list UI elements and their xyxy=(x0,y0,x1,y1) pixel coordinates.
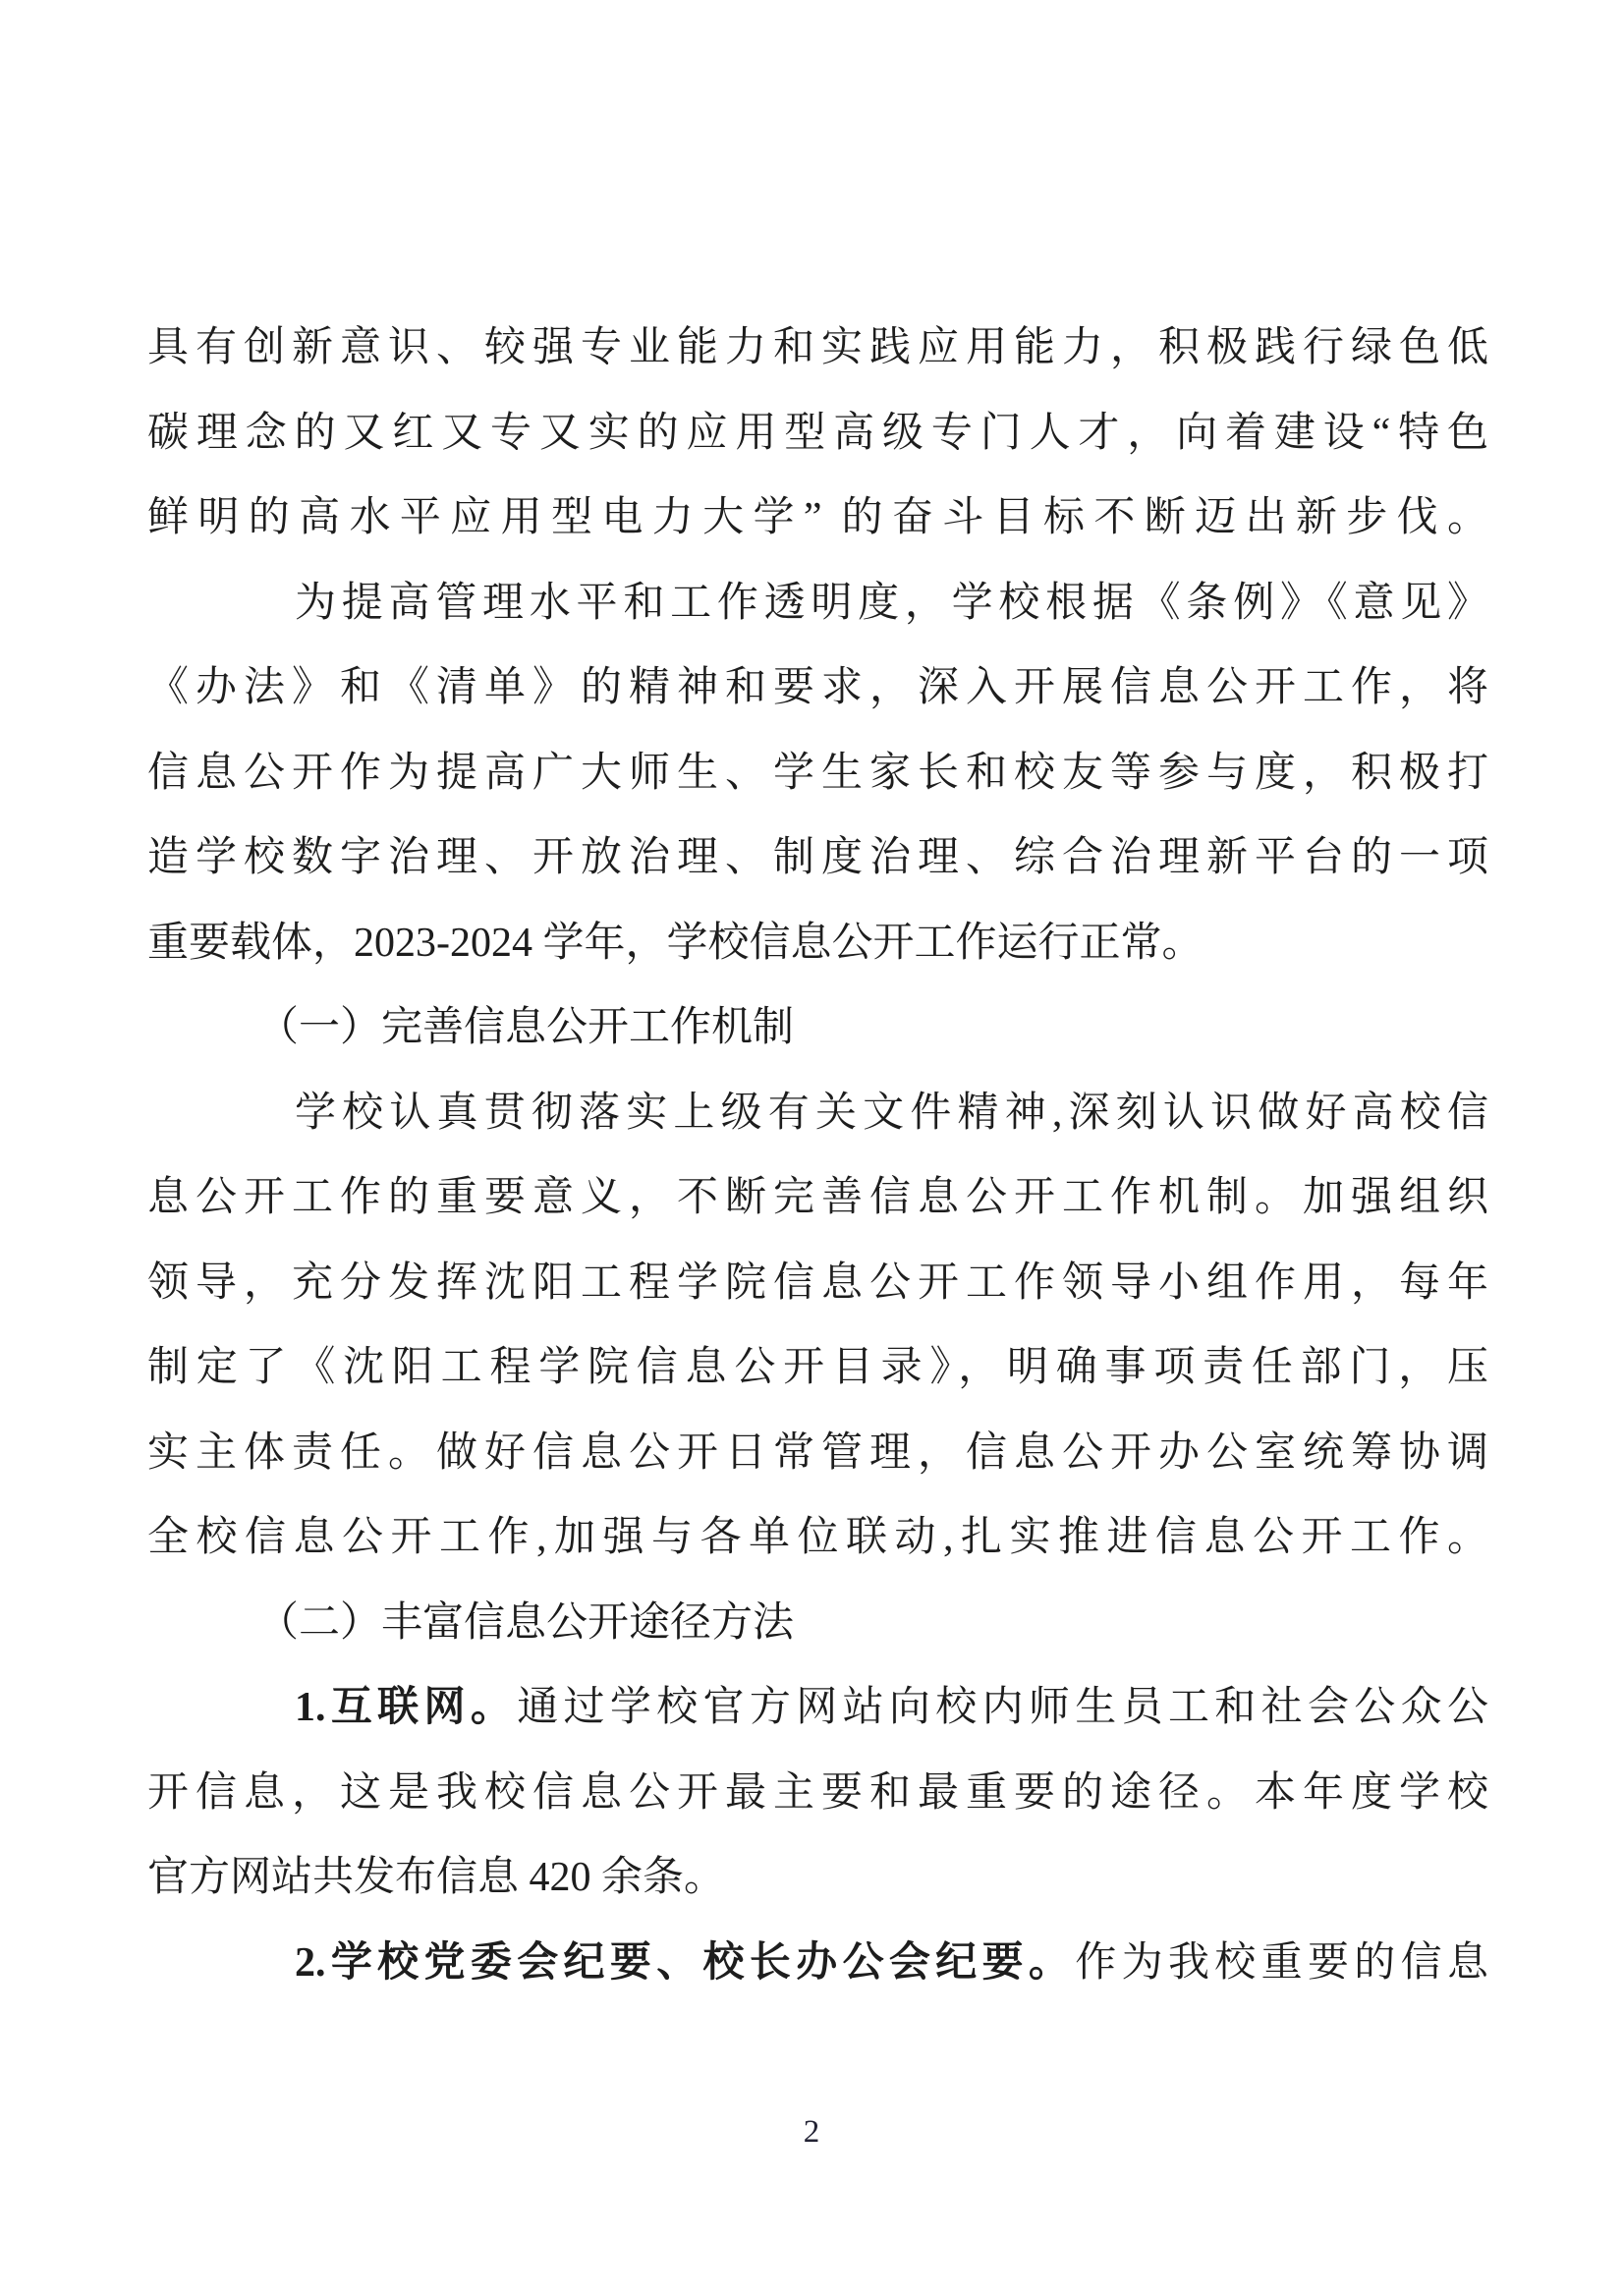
text-line: 鲜明的高水平应用型电力大学” 的奋斗目标不断迈出新步伐。 xyxy=(147,476,1488,561)
text-line: 信息公开作为提高广大师生、学生家长和校友等参与度，积极打 xyxy=(147,731,1488,816)
bold-text-run: 2.学校党委会纪要、校长办公会纪要。 xyxy=(295,1940,1075,1986)
text-line: 领导，充分发挥沈阳工程学院信息公开工作领导小组作用，每年 xyxy=(147,1241,1488,1326)
text-run: 具有创新意识、较强专业能力和实践应用能力，积极践行绿色低 xyxy=(147,325,1488,370)
text-line: 学校认真贯彻落实上级有关文件精神,深刻认识做好高校信 xyxy=(147,1071,1488,1156)
text-run: （一）完善信息公开工作机制 xyxy=(257,1005,794,1050)
text-run: 重要载体，2023-2024 学年，学校信息公开工作运行正常。 xyxy=(147,921,1203,966)
text-run: 碳理念的又红又专又实的应用型高级专门人才，向着建设“特色 xyxy=(147,411,1488,456)
text-run: 制定了《沈阳工程学院信息公开目录》，明确事项责任部门，压 xyxy=(147,1345,1488,1390)
text-line: 实主体责任。做好信息公开日常管理，信息公开办公室统筹协调 xyxy=(147,1411,1488,1496)
text-run: 官方网站共发布信息 420 余条。 xyxy=(147,1855,725,1900)
page-number: 2 xyxy=(0,2114,1623,2151)
text-run: 息公开工作的重要意义，不断完善信息公开工作机制。加强组织 xyxy=(147,1175,1488,1220)
text-line: 具有创新意识、较强专业能力和实践应用能力，积极践行绿色低 xyxy=(147,306,1488,391)
text-line: 《办法》和《清单》的精神和要求，深入开展信息公开工作，将 xyxy=(147,645,1488,731)
text-line: 全校信息公开工作,加强与各单位联动,扎实推进信息公开工作。 xyxy=(147,1495,1488,1581)
text-run: 为提高管理水平和工作透明度，学校根据《条例》《意见》 xyxy=(295,581,1488,626)
text-line: 造学校数字治理、开放治理、制度治理、综合治理新平台的一项 xyxy=(147,815,1488,901)
text-run: 信息公开作为提高广大师生、学生家长和校友等参与度，积极打 xyxy=(147,751,1488,796)
text-line: 制定了《沈阳工程学院信息公开目录》，明确事项责任部门，压 xyxy=(147,1325,1488,1411)
bold-text-run: 1.互联网。 xyxy=(295,1685,517,1730)
text-line: 息公开工作的重要意义，不断完善信息公开工作机制。加强组织 xyxy=(147,1155,1488,1241)
text-line: 官方网站共发布信息 420 余条。 xyxy=(147,1835,1488,1921)
text-run: （二）丰富信息公开途径方法 xyxy=(257,1600,794,1646)
text-run: 实主体责任。做好信息公开日常管理，信息公开办公室统筹协调 xyxy=(147,1430,1488,1476)
text-run: 学校认真贯彻落实上级有关文件精神,深刻认识做好高校信 xyxy=(295,1091,1488,1136)
document-body: 具有创新意识、较强专业能力和实践应用能力，积极践行绿色低碳理念的又红又专又实的应… xyxy=(147,306,1488,2005)
text-line: 2.学校党委会纪要、校长办公会纪要。作为我校重要的信息 xyxy=(147,1921,1488,2006)
text-run: 鲜明的高水平应用型电力大学” 的奋斗目标不断迈出新步伐。 xyxy=(147,495,1488,540)
text-run: 《办法》和《清单》的精神和要求，深入开展信息公开工作，将 xyxy=(147,665,1488,710)
section-heading-line: （二）丰富信息公开途径方法 xyxy=(147,1581,1488,1666)
text-line: 为提高管理水平和工作透明度，学校根据《条例》《意见》 xyxy=(147,561,1488,646)
section-heading-line: （一）完善信息公开工作机制 xyxy=(147,985,1488,1071)
text-line: 重要载体，2023-2024 学年，学校信息公开工作运行正常。 xyxy=(147,901,1488,986)
text-run: 通过学校官方网站向校内师生员工和社会公众公 xyxy=(517,1685,1488,1730)
document-page: 具有创新意识、较强专业能力和实践应用能力，积极践行绿色低碳理念的又红又专又实的应… xyxy=(0,0,1623,2296)
text-line: 碳理念的又红又专又实的应用型高级专门人才，向着建设“特色 xyxy=(147,391,1488,476)
text-run: 领导，充分发挥沈阳工程学院信息公开工作领导小组作用，每年 xyxy=(147,1260,1488,1306)
text-run: 开信息，这是我校信息公开最主要和最重要的途径。本年度学校 xyxy=(147,1770,1488,1816)
text-run: 作为我校重要的信息 xyxy=(1075,1940,1488,1986)
text-line: 开信息，这是我校信息公开最主要和最重要的途径。本年度学校 xyxy=(147,1751,1488,1836)
text-run: 全校信息公开工作,加强与各单位联动,扎实推进信息公开工作。 xyxy=(147,1515,1488,1560)
text-run: 造学校数字治理、开放治理、制度治理、综合治理新平台的一项 xyxy=(147,835,1488,880)
text-line: 1.互联网。通过学校官方网站向校内师生员工和社会公众公 xyxy=(147,1665,1488,1751)
